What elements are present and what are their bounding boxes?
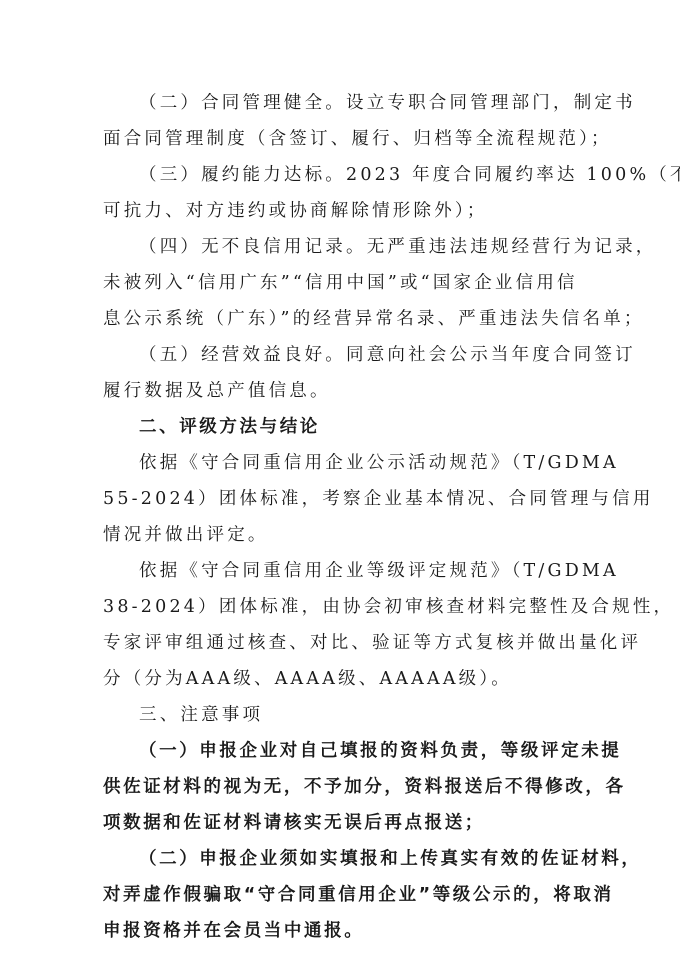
method-1-line-1: 依据《守合同重信用企业公示活动规范》（T/GDMA <box>139 452 619 474</box>
note-2-line-2: 对弄虚作假骗取“守合同重信用企业”等级公示的，将取消 <box>103 884 614 906</box>
note-2-line-3: 申报资格并在会员当中通报。 <box>103 920 364 942</box>
requirement-2-line-1: （二）合同管理健全。设立专职合同管理部门，制定书 <box>139 92 636 114</box>
method-1-line-2: 55-2024）团体标准，考察企业基本情况、合同管理与信用 <box>103 488 654 510</box>
requirement-5-line-2: 履行数据及总产值信息。 <box>103 380 331 402</box>
note-2-line-1: （二）申报企业须如实填报和上传真实有效的佐证材料， <box>139 848 642 870</box>
section-3-heading: 三、注意事项 <box>139 704 263 726</box>
method-1-line-3: 情况并做出评定。 <box>103 524 269 546</box>
method-2-line-2: 38-2024）团体标准，由协会初审核查材料完整性及合规性， <box>103 596 674 618</box>
method-2-line-4: 分（分为AAA级、AAAA级、AAAAA级）。 <box>103 668 512 690</box>
requirement-3-line-2: 可抗力、对方违约或协商解除情形除外）； <box>103 200 488 222</box>
requirement-3-line-1: （三）履约能力达标。2023 年度合同履约率达 100%（不 <box>139 164 680 186</box>
note-1-line-1: （一）申报企业对自己填报的资料负责，等级评定未提 <box>139 740 621 762</box>
requirement-5-line-1: （五）经营效益良好。同意向社会公示当年度合同签订 <box>139 344 636 366</box>
requirement-2-line-2: 面合同管理制度（含签订、履行、归档等全流程规范）； <box>103 128 612 150</box>
requirement-4-line-3: 息公示系统（广东）”的经营异常名录、严重违法失信名单； <box>103 308 645 330</box>
method-2-line-1: 依据《守合同重信用企业等级评定规范》（T/GDMA <box>139 560 619 582</box>
requirement-4-line-2: 未被列入“信用广东”“信用中国”或“国家企业信用信 <box>103 272 578 294</box>
method-2-line-3: 专家评审组通过核查、对比、验证等方式复核并做出量化评 <box>103 632 641 654</box>
note-1-line-3: 项数据和佐证材料请核实无误后再点报送； <box>103 812 485 834</box>
section-2-heading: 二、评级方法与结论 <box>139 416 320 438</box>
note-1-line-2: 供佐证材料的视为无，不予加分，资料报送后不得修改，各 <box>103 776 626 798</box>
requirement-4-line-1: （四）无不良信用记录。无严重违法违规经营行为记录， <box>139 236 657 258</box>
